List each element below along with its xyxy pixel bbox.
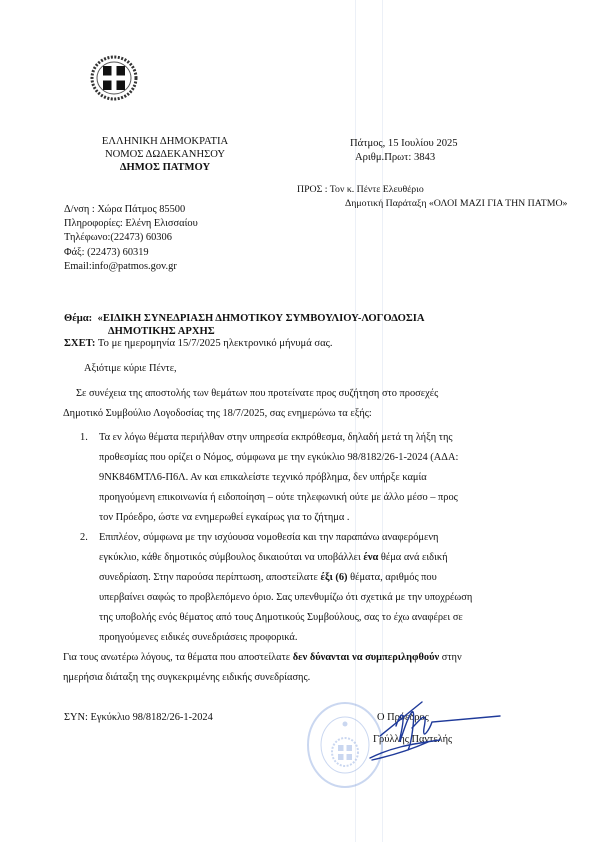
- intro-line1: Σε συνέχεια της αποστολής των θεμάτων πο…: [63, 384, 543, 404]
- subject-line1: «ΕΙΔΙΚΗ ΣΥΝΕΔΡΙΑΣΗ ΔΗΜΟΤΙΚΟΥ ΣΥΜΒΟΥΛΙΟΥ-…: [98, 313, 425, 324]
- header-republic: ΕΛΛΗΝΙΚΗ ΔΗΜΟΚΡΑΤΙΑ: [60, 135, 270, 148]
- item1-line: προηγούμενη επικοινωνία ή ειδοποίηση – ο…: [99, 488, 550, 508]
- item1-line: 9ΝΚ846ΜΤΛ6-Π6Λ. Αν και επικαλείστε τεχνι…: [99, 468, 550, 488]
- text-span: συνεδρίαση. Στην παρούσα περίπτωση, αποσ…: [99, 572, 321, 583]
- meta-block: Πάτμος, 15 Ιουλίου 2025 Αριθμ.Πρωτ: 3843: [350, 137, 458, 165]
- reference-line: ΣΧΕΤ: Το με ημερομηνία 15/7/2025 ηλεκτρο…: [64, 338, 333, 349]
- item1-line: τον Πρόεδρο, ώστε να ενημερωθεί εγκαίρως…: [99, 508, 550, 528]
- item2-line: Επιπλέον, σύμφωνα με την ισχύουσα νομοθε…: [99, 528, 550, 548]
- header-municipality: ΔΗΜΟΣ ΠΑΤΜΟΥ: [60, 161, 270, 174]
- place-date: Πάτμος, 15 Ιουλίου 2025: [350, 137, 458, 151]
- list-item-1: 1. Τα εν λόγω θέματα περιήλθαν στην υπηρ…: [80, 428, 550, 528]
- text-span: Για τους ανωτέρω λόγους, τα θέματα που α…: [63, 652, 293, 663]
- contact-fax: Φάξ: (22473) 60319: [64, 246, 198, 260]
- header-prefecture: ΝΟΜΟΣ ΔΩΔΕΚΑΝΗΣΟΥ: [60, 148, 270, 161]
- emphasis-cannot-include: δεν δύνανται να συμπεριληφθούν: [293, 652, 439, 663]
- recipient-block: ΠΡΟΣ : Τον κ. Πέντε Ελευθέριο Δημοτική Π…: [297, 183, 567, 211]
- subject-label: Θέμα:: [64, 313, 92, 324]
- intro-line2: Δημοτικό Συμβούλιο Λογοδοσίας της 18/7/2…: [63, 404, 543, 424]
- greeting: Αξιότιμε κύριε Πέντε,: [84, 363, 177, 374]
- emphasis-six: έξι (6): [321, 572, 348, 583]
- item1-line: προθεσμίας που ορίζει ο Νόμος, σύμφωνα μ…: [99, 448, 550, 468]
- text-span: εγκύκλιο, κάθε δημοτικός σύμβουλος δικαι…: [99, 552, 363, 563]
- contact-block: Δ/νση : Χώρα Πάτμος 85500 Πληροφορίες: Ε…: [64, 203, 198, 274]
- contact-address: Δ/νση : Χώρα Πάτμος 85500: [64, 203, 198, 217]
- text-span: θέμα ανά ειδική: [378, 552, 447, 563]
- list-number: 2.: [80, 528, 88, 548]
- circular-reference: ΣΥΝ: Εγκύκλιο 98/8182/26-1-2024: [64, 712, 213, 723]
- list-item-2: 2. Επιπλέον, σύμφωνα με την ισχύουσα νομ…: [80, 528, 550, 648]
- recipient-party: Δημοτική Παράταξη «ΟΛΟΙ ΜΑΖΙ ΓΙΑ ΤΗΝ ΠΑΤ…: [297, 197, 567, 211]
- subject-line2: ΔΗΜΟΤΙΚΗΣ ΑΡΧΗΣ: [64, 325, 425, 338]
- protocol-number: Αριθμ.Πρωτ: 3843: [350, 151, 458, 165]
- item2-line: εγκύκλιο, κάθε δημοτικός σύμβουλος δικαι…: [99, 548, 550, 568]
- signature-icon: [350, 698, 510, 768]
- reference-text: Το με ημερομηνία 15/7/2025 ηλεκτρονικό μ…: [95, 338, 332, 349]
- text-span: θέματα, αριθμός που: [348, 572, 437, 583]
- conclusion-line2: ημερήσια διάταξη της συγκεκριμένης ειδικ…: [63, 668, 543, 688]
- item1-line: Τα εν λόγω θέματα περιήλθαν στην υπηρεσί…: [99, 428, 550, 448]
- contact-info: Πληροφορίες: Ελένη Ελισσαίου: [64, 217, 198, 231]
- text-span: στην: [439, 652, 462, 663]
- item2-line: υπερβαίνει σαφώς το προβλεπόμενο όριο. Σ…: [99, 588, 550, 608]
- item2-line: προηγούμενες ειδικές συνεδριάσεις προφορ…: [99, 628, 550, 648]
- intro-paragraph: Σε συνέχεια της αποστολής των θεμάτων πο…: [63, 384, 543, 424]
- conclusion-paragraph: Για τους ανωτέρω λόγους, τα θέματα που α…: [63, 648, 543, 688]
- reference-label: ΣΧΕΤ:: [64, 338, 95, 349]
- contact-email[interactable]: Email:info@patmos.gov.gr: [64, 260, 198, 274]
- subject-block: Θέμα: «ΕΙΔΙΚΗ ΣΥΝΕΔΡΙΑΣΗ ΔΗΜΟΤΙΚΟΥ ΣΥΜΒΟ…: [64, 312, 425, 338]
- emphasis-one: ένα: [363, 552, 378, 563]
- item2-line: συνεδρίαση. Στην παρούσα περίπτωση, αποσ…: [99, 568, 550, 588]
- recipient-name: ΠΡΟΣ : Τον κ. Πέντε Ελευθέριο: [297, 183, 567, 197]
- greek-coat-of-arms-icon: [89, 54, 139, 102]
- item2-line: της υποβολής ενός θέματος από τους Δημοτ…: [99, 608, 550, 628]
- contact-phone: Τηλέφωνο:(22473) 60306: [64, 231, 198, 245]
- list-number: 1.: [80, 428, 88, 448]
